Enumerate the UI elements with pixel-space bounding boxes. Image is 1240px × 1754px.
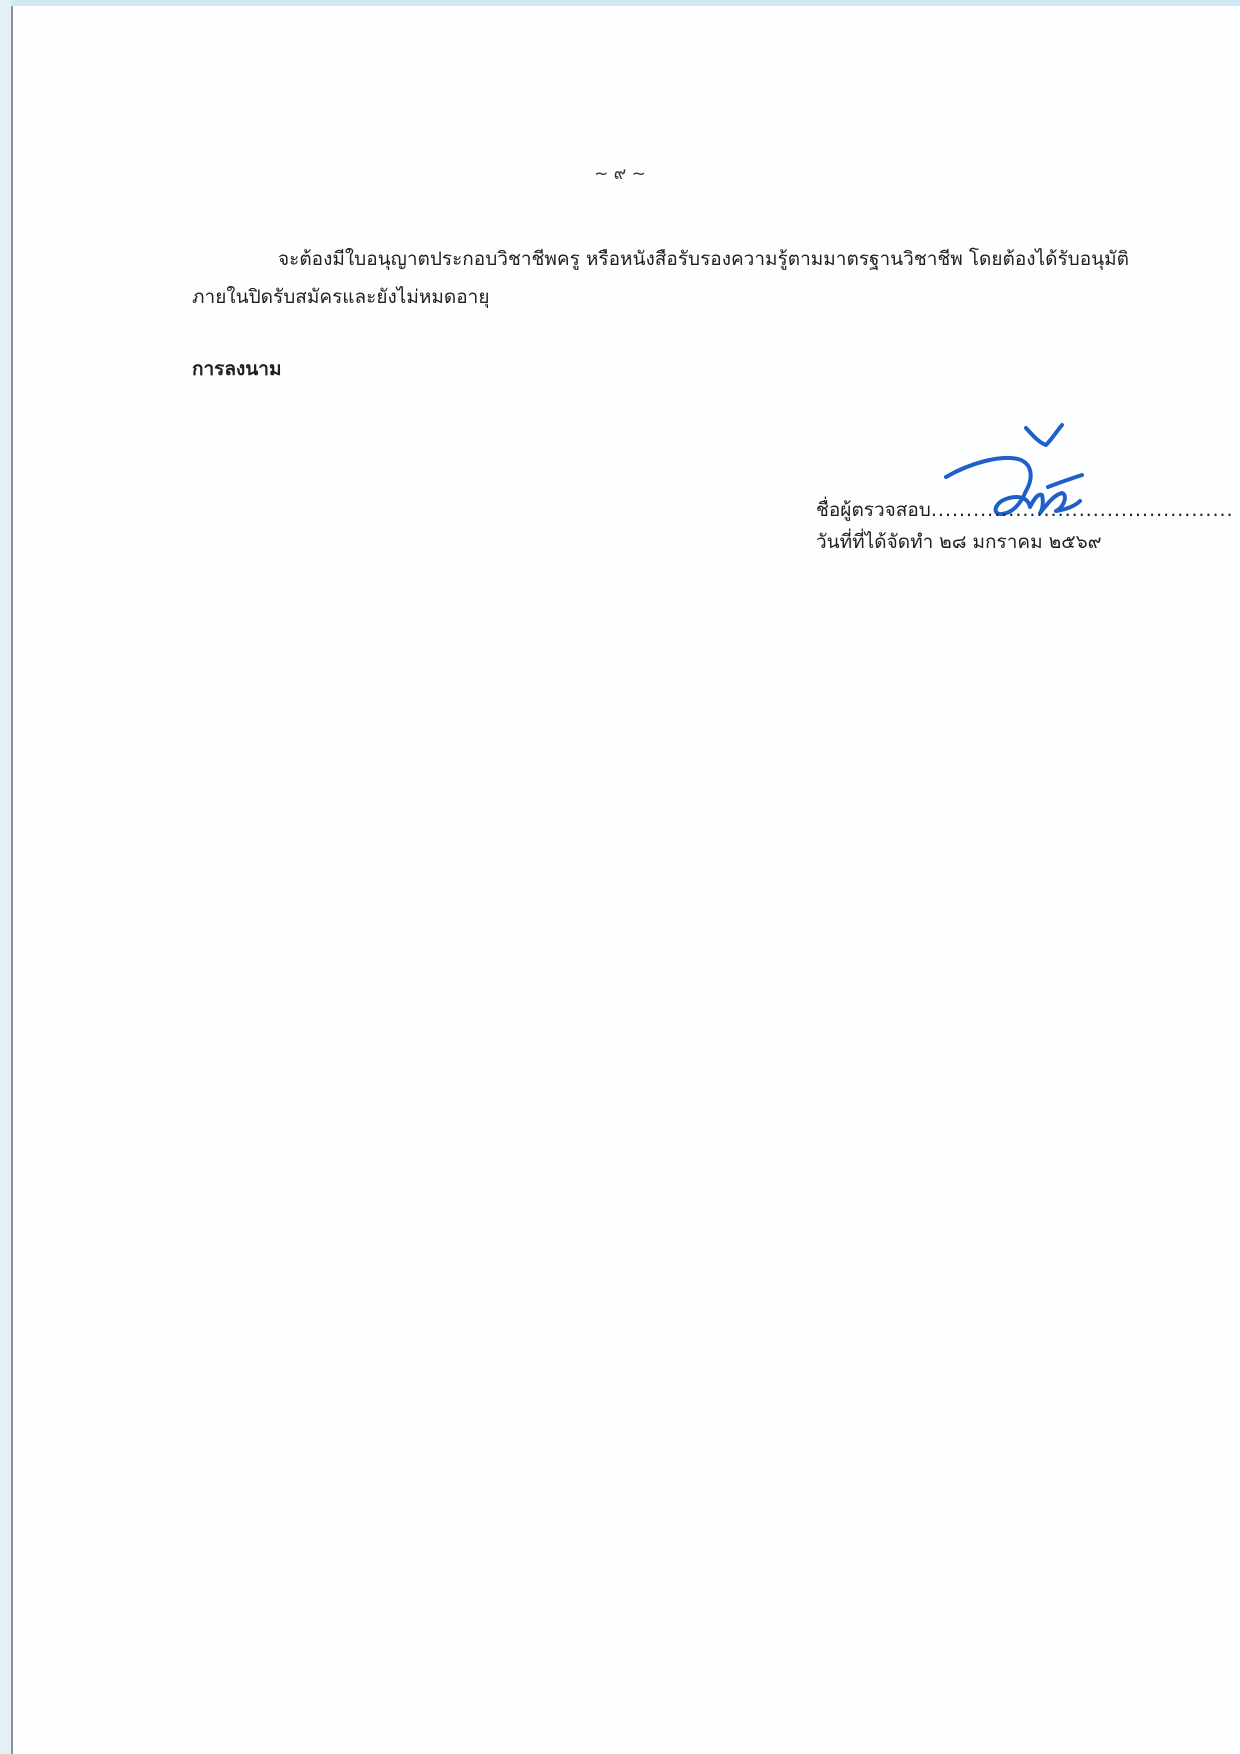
scan-left-edge	[11, 6, 13, 1754]
date-line: วันที่ที่ได้จัดทำ ๒๘ มกราคม ๒๕๖๙	[816, 526, 1234, 558]
inspector-name-line: ชื่อผู้ตรวจสอบ..........................…	[816, 494, 1234, 526]
section-heading-signing: การลงนาม	[192, 354, 281, 384]
signature-block: ชื่อผู้ตรวจสอบ..........................…	[816, 494, 1234, 558]
page-number: ~ ๙ ~	[0, 160, 1240, 187]
inspector-label: ชื่อผู้ตรวจสอบ	[816, 499, 931, 521]
body-paragraph: จะต้องมีใบอนุญาตประกอบวิชาชีพครู หรือหนั…	[192, 240, 1152, 316]
signature-dotted-line: ........................................…	[931, 499, 1234, 521]
